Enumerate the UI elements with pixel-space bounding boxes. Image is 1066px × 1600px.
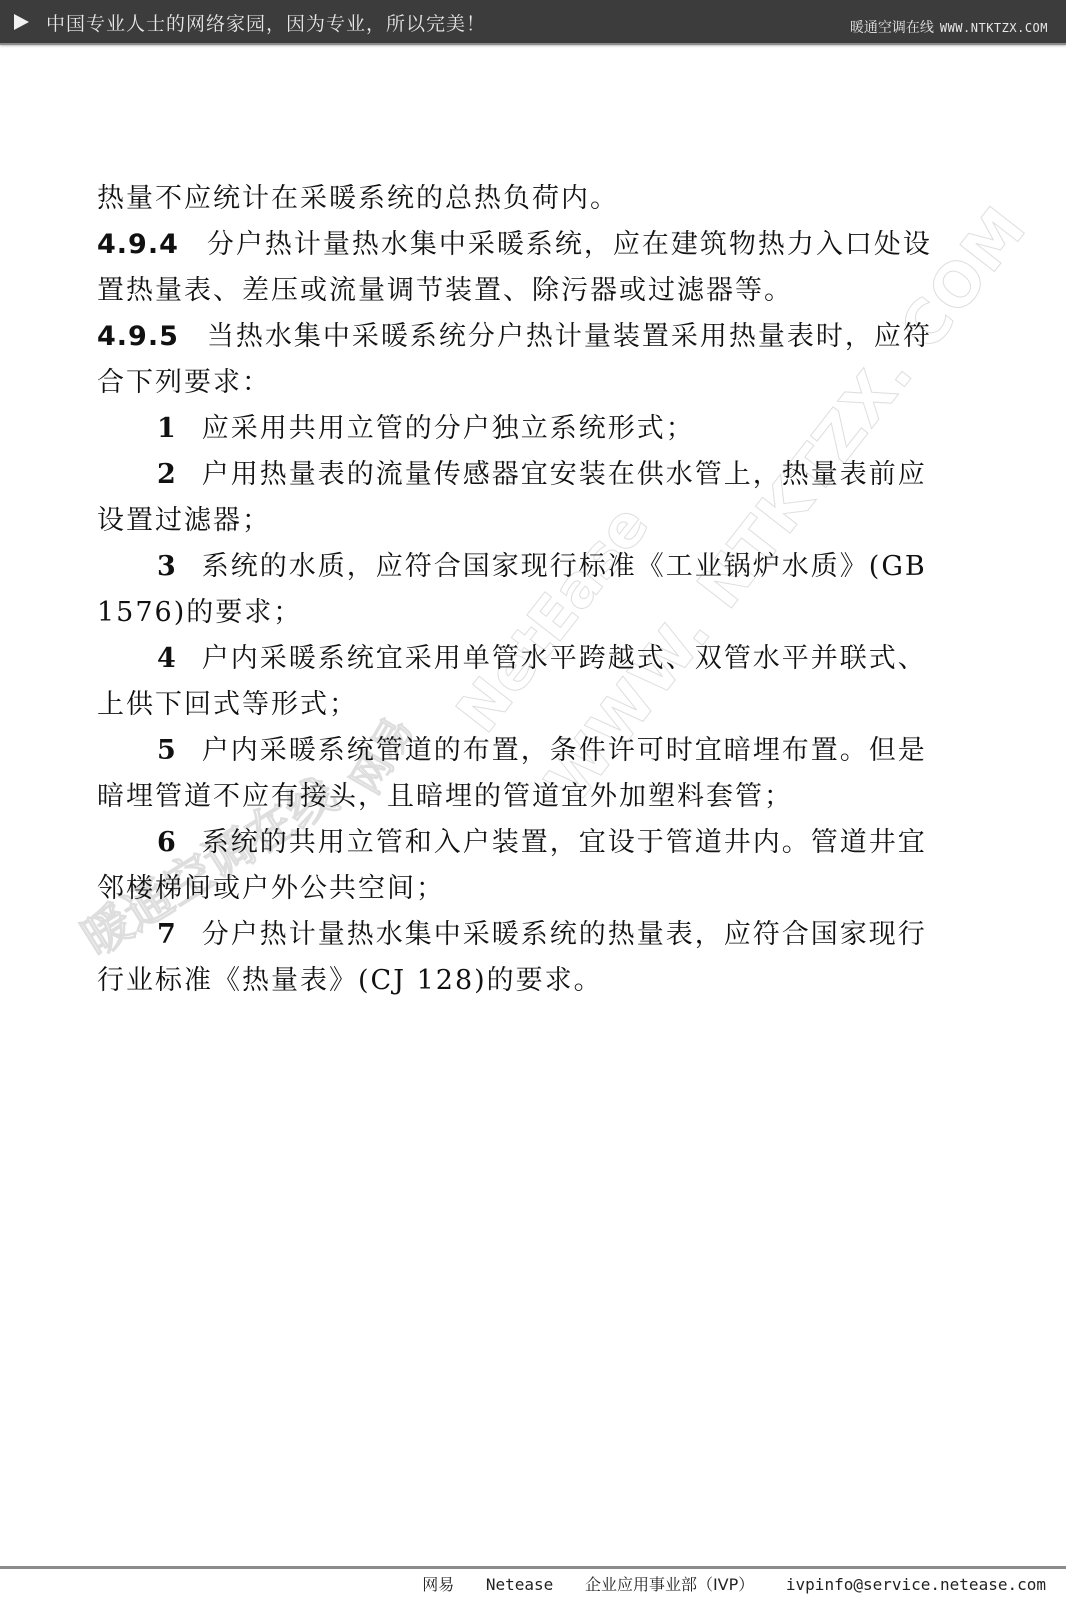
play-arrow-icon: [14, 14, 29, 30]
header-site-url: WWW.NTKTZX.COM: [940, 21, 1048, 35]
item-number: 3: [157, 551, 178, 582]
text-line: 置热量表、差压或流量调节装置、除污器或过滤器等。: [97, 268, 957, 314]
clause-number: 4.9.4: [97, 229, 179, 260]
text-line: 暗埋管道不应有接头，且暗埋的管道宜外加塑料套管；: [97, 774, 957, 820]
footer-company-en: Netease: [486, 1575, 553, 1594]
list-item: 6系统的共用立管和入户装置，宜设于管道井内。管道井宜: [97, 820, 957, 866]
header-site-name: 暖通空调在线: [850, 20, 934, 36]
footer-company-cn: 网易: [422, 1575, 454, 1594]
header-slogan: 中国专业人士的网络家园，因为专业，所以完美！: [46, 9, 486, 36]
header-bar: 中国专业人士的网络家园，因为专业，所以完美！ 暖通空调在线WWW.NTKTZX.…: [0, 0, 1066, 45]
item-number: 2: [157, 459, 178, 490]
item-number: 4: [157, 643, 178, 674]
footer-department: 企业应用事业部（IVP）: [585, 1575, 754, 1594]
header-site-link[interactable]: 暖通空调在线WWW.NTKTZX.COM: [850, 17, 1048, 37]
list-item: 5户内采暖系统管道的布置，条件许可时宜暗埋布置。但是: [97, 728, 957, 774]
text-line: 热量不应统计在采暖系统的总热负荷内。: [97, 176, 957, 222]
list-item: 2户用热量表的流量传感器宜安装在供水管上，热量表前应: [97, 452, 957, 498]
text-line: 合下列要求：: [97, 360, 957, 406]
footer-email-link[interactable]: ivpinfo@service.netease.com: [786, 1575, 1046, 1594]
text-line: 上供下回式等形式；: [97, 682, 957, 728]
footer-divider: [0, 1566, 1066, 1569]
list-item: 7分户热计量热水集中采暖系统的热量表，应符合国家现行: [97, 912, 957, 958]
item-number: 7: [157, 919, 178, 950]
list-item: 1应采用共用立管的分户独立系统形式；: [97, 406, 957, 452]
text-line: 行业标准《热量表》(CJ 128)的要求。: [97, 958, 957, 1004]
footer: 网易 Netease 企业应用事业部（IVP） ivpinfo@service.…: [400, 1572, 1046, 1595]
text-line: 邻楼梯间或户外公共空间；: [97, 866, 957, 912]
list-item: 3系统的水质，应符合国家现行标准《工业锅炉水质》(GB: [97, 544, 957, 590]
item-number: 5: [157, 735, 178, 766]
text-line: 1576)的要求；: [97, 590, 957, 636]
clause-number: 4.9.5: [97, 321, 179, 352]
list-item: 4户内采暖系统宜采用单管水平跨越式、双管水平并联式、: [97, 636, 957, 682]
clause-line: 4.9.5当热水集中采暖系统分户热计量装置采用热量表时，应符: [97, 314, 957, 360]
item-number: 6: [157, 827, 178, 858]
document-body: 热量不应统计在采暖系统的总热负荷内。 4.9.4分户热计量热水集中采暖系统，应在…: [97, 176, 957, 1004]
item-number: 1: [157, 413, 178, 444]
clause-line: 4.9.4分户热计量热水集中采暖系统，应在建筑物热力入口处设: [97, 222, 957, 268]
text-line: 设置过滤器；: [97, 498, 957, 544]
